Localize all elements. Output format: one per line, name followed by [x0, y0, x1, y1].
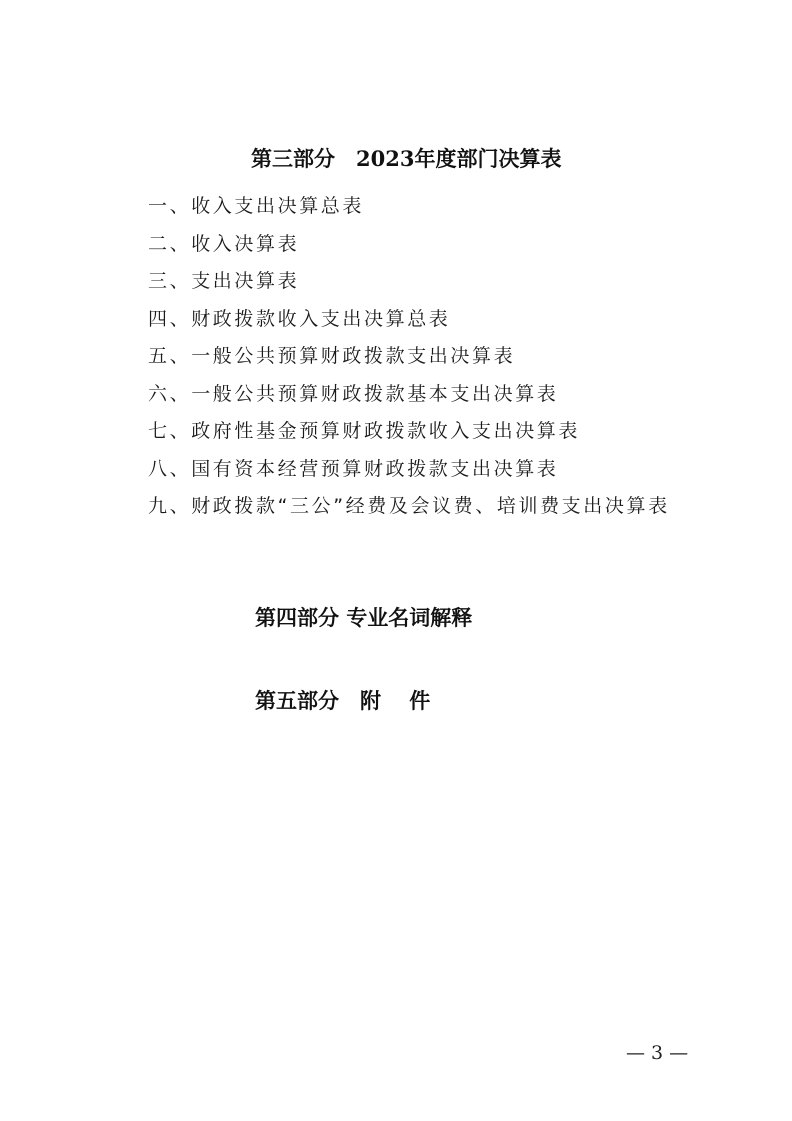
toc-item: 一、收入支出决算总表 [148, 194, 670, 232]
toc-item: 三、支出决算表 [148, 269, 670, 307]
toc-item: 二、收入决算表 [148, 232, 670, 270]
toc-item: 五、一般公共预算财政拨款支出决算表 [148, 344, 670, 382]
section-heading-part4: 第四部分 专业名词解释 [255, 607, 472, 628]
toc-item: 七、政府性基金预算财政拨款收入支出决算表 [148, 419, 670, 457]
section-heading-part3: 第三部分 2023年度部门决算表 [251, 148, 561, 169]
toc-item: 九、财政拨款“三公”经费及会议费、培训费支出决算表 [148, 494, 670, 532]
toc-list-part3: 一、收入支出决算总表 二、收入决算表 三、支出决算表 四、财政拨款收入支出决算总… [148, 194, 670, 532]
section-heading-part5: 第五部分 附 件 [255, 690, 430, 711]
toc-item: 六、一般公共预算财政拨款基本支出决算表 [148, 382, 670, 420]
document-page: 第三部分 2023年度部门决算表 一、收入支出决算总表 二、收入决算表 三、支出… [0, 0, 792, 1121]
page-number: — 3 — [626, 1044, 688, 1063]
toc-item: 四、财政拨款收入支出决算总表 [148, 307, 670, 345]
toc-item: 八、国有资本经营预算财政拨款支出决算表 [148, 457, 670, 495]
